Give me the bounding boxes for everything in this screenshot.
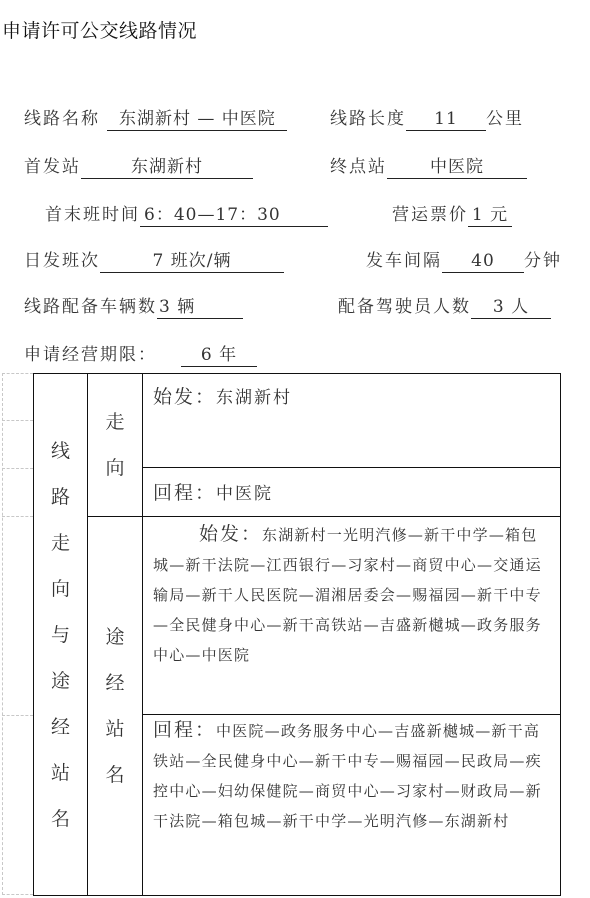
direction-label: 走 向 bbox=[88, 374, 143, 517]
stops-return-label: 回程： bbox=[153, 719, 216, 741]
vehicles-value: 3 辆 bbox=[157, 297, 243, 319]
label-char: 经 bbox=[34, 704, 87, 750]
fare-value: 1 元 bbox=[468, 205, 512, 227]
label-char: 线 bbox=[34, 428, 87, 474]
stops-outbound-label: 始发： bbox=[153, 523, 262, 545]
label-char: 途 bbox=[88, 614, 142, 660]
drivers-value: 3 人 bbox=[471, 297, 551, 319]
route-name-field: 线路名称 东湖新村 — 中医院 bbox=[24, 104, 287, 131]
vehicles-label: 线路配备车辆数 bbox=[24, 297, 157, 317]
direction-outbound-value: 东湖新村 bbox=[216, 388, 292, 408]
service-hours-label: 首末班时间 bbox=[45, 205, 140, 225]
first-station-label: 首发站 bbox=[24, 157, 81, 177]
page-title: 申请许可公交线路情况 bbox=[2, 16, 197, 43]
label-char: 经 bbox=[88, 660, 142, 706]
direction-outbound-cell: 始发：东湖新村 bbox=[143, 374, 561, 468]
layout-guide bbox=[2, 373, 33, 374]
vehicles-field: 线路配备车辆数3 辆 bbox=[24, 292, 243, 319]
label-char: 站 bbox=[34, 750, 87, 796]
fare-field: 营运票价1 元 bbox=[392, 200, 512, 227]
stops-outbound-cell: 始发：东湖新村一光明汽修—新干中学—箱包城—新干法院—江西银行—习家村—商贸中心… bbox=[143, 517, 561, 715]
label-char: 名 bbox=[88, 752, 142, 798]
last-station-value: 中医院 bbox=[387, 157, 527, 179]
route-and-stops-label: 线 路 走 向 与 途 经 站 名 bbox=[34, 374, 88, 896]
term-value: 6 年 bbox=[181, 345, 257, 367]
route-length-label: 线路长度 bbox=[330, 109, 406, 129]
service-hours-value: 6：40—17：30 bbox=[140, 205, 328, 227]
route-length-value: 11 bbox=[406, 109, 486, 131]
term-label: 申请经营期限： bbox=[24, 345, 157, 365]
layout-guide bbox=[2, 468, 33, 469]
last-station-label: 终点站 bbox=[330, 157, 387, 177]
route-name-value: 东湖新村 — 中医院 bbox=[107, 109, 287, 131]
layout-guide bbox=[2, 420, 33, 421]
direction-return-value: 中医院 bbox=[216, 484, 273, 504]
label-char: 走 bbox=[34, 520, 87, 566]
route-table: 线 路 走 向 与 途 经 站 名 走 向 始发：东湖新村 bbox=[33, 373, 561, 896]
route-length-unit: 公里 bbox=[486, 109, 524, 129]
stops-return-cell: 回程：中医院—政务服务中心—吉盛新樾城—新干高铁站—全民健身中心—新干中专—赐福… bbox=[143, 715, 561, 896]
drivers-label: 配备驾驶员人数 bbox=[338, 297, 471, 317]
layout-guide bbox=[2, 894, 33, 895]
stops-label: 途 经 站 名 bbox=[88, 517, 143, 896]
direction-outbound-label: 始发： bbox=[153, 386, 216, 408]
first-station-field: 首发站东湖新村 bbox=[24, 152, 253, 179]
label-char: 向 bbox=[88, 445, 142, 491]
term-field: 申请经营期限：6 年 bbox=[24, 340, 257, 367]
daily-trips-label: 日发班次 bbox=[24, 251, 100, 271]
label-char: 途 bbox=[34, 658, 87, 704]
daily-trips-field: 日发班次7 班次/辆 bbox=[24, 246, 284, 273]
label-char: 路 bbox=[34, 474, 87, 520]
direction-return-label: 回程： bbox=[153, 482, 216, 504]
daily-trips-value: 7 班次/辆 bbox=[100, 251, 284, 273]
direction-return-cell: 回程：中医院 bbox=[143, 468, 561, 517]
interval-unit: 分钟 bbox=[524, 251, 562, 271]
first-station-value: 东湖新村 bbox=[81, 157, 253, 179]
label-char: 向 bbox=[34, 566, 87, 612]
interval-value: 40 bbox=[442, 251, 524, 273]
interval-field: 发车间隔40分钟 bbox=[366, 246, 562, 273]
label-char: 走 bbox=[88, 399, 142, 445]
layout-guide bbox=[2, 516, 33, 517]
label-char: 站 bbox=[88, 706, 142, 752]
fare-label: 营运票价 bbox=[392, 205, 468, 225]
layout-guide bbox=[2, 715, 33, 716]
service-hours-field: 首末班时间6：40—17：30 bbox=[45, 200, 328, 227]
route-name-label: 线路名称 bbox=[24, 109, 100, 129]
layout-guide-vertical bbox=[2, 373, 3, 895]
label-char: 名 bbox=[34, 796, 87, 842]
stops-outbound-value: 东湖新村一光明汽修—新干中学—箱包城—新干法院—江西银行—习家村—商贸中心—交通… bbox=[153, 526, 542, 664]
label-char: 与 bbox=[34, 612, 87, 658]
drivers-field: 配备驾驶员人数3 人 bbox=[338, 292, 551, 319]
route-length-field: 线路长度11公里 bbox=[330, 104, 524, 131]
last-station-field: 终点站中医院 bbox=[330, 152, 527, 179]
interval-label: 发车间隔 bbox=[366, 251, 442, 271]
